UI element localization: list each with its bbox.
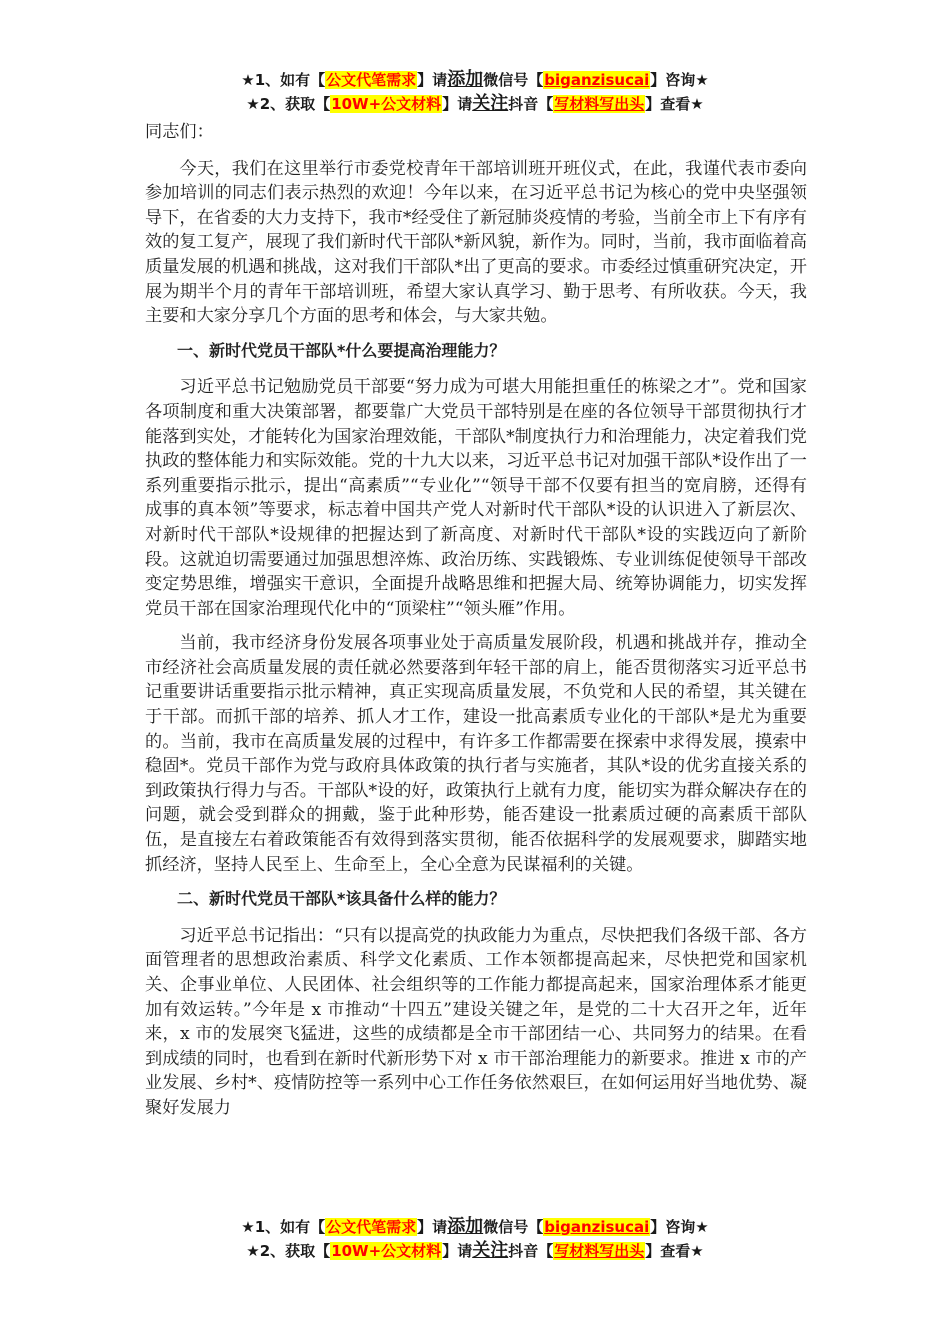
promo-text: 】请	[442, 1242, 472, 1260]
promo-banner-bottom: ★1、如有【公文代笔需求】请添加微信号【biganzisucai】咨询★ ★2、…	[0, 1215, 950, 1263]
promo-text: 抖音【	[508, 1242, 553, 1260]
promo-line-1: ★1、如有【公文代笔需求】请添加微信号【biganzisucai】咨询★	[0, 1215, 950, 1239]
promo-line-2: ★2、获取【10W+公文材料】请关注抖音【写材料写出头】查看★	[0, 92, 950, 116]
highlight-wechat-id[interactable]: biganzisucai	[543, 1218, 650, 1236]
promo-text: ★2、获取【	[246, 95, 330, 113]
promo-text: 】查看★	[645, 1242, 703, 1260]
highlight-materials: 10W+公文材料	[330, 1242, 442, 1260]
highlight-douyin-account[interactable]: 写材料写出头	[553, 1242, 645, 1260]
emphasis-follow: 关注	[472, 93, 508, 114]
promo-text: ★2、获取【	[246, 1242, 330, 1260]
promo-text: 】咨询★	[650, 1218, 708, 1236]
emphasis-add: 添加	[447, 1216, 483, 1237]
promo-text: 抖音【	[508, 95, 553, 113]
greeting: 同志们：	[145, 120, 807, 145]
promo-text: 】请	[417, 1218, 447, 1236]
section-heading-1: 一、新时代党员干部队*什么要提高治理能力？	[145, 339, 807, 364]
section-heading-2: 二、新时代党员干部队*该具备什么样的能力？	[145, 887, 807, 912]
emphasis-add: 添加	[447, 69, 483, 90]
section2-paragraph: 习近平总书记指出：“只有以提高党的执政能力为重点，尽快把我们各级干部、各方面管理…	[145, 924, 807, 1121]
promo-text: 微信号【	[483, 1218, 543, 1236]
intro-paragraph: 今天，我们在这里举行市委党校青年干部培训班开班仪式，在此，我谨代表市委向参加培训…	[145, 157, 807, 329]
highlight-materials: 10W+公文材料	[330, 95, 442, 113]
section1-paragraph: 习近平总书记勉励党员干部要“努力成为可堪大用能担重任的栋梁之才”。党和国家各项制…	[145, 375, 807, 621]
highlight-service: 公文代笔需求	[325, 1218, 417, 1236]
promo-banner-top: ★1、如有【公文代笔需求】请添加微信号【biganzisucai】咨询★ ★2、…	[0, 68, 950, 116]
promo-line-1: ★1、如有【公文代笔需求】请添加微信号【biganzisucai】咨询★	[0, 68, 950, 92]
emphasis-follow: 关注	[472, 1240, 508, 1261]
highlight-douyin-account[interactable]: 写材料写出头	[553, 95, 645, 113]
document-page: ★1、如有【公文代笔需求】请添加微信号【biganzisucai】咨询★ ★2、…	[0, 0, 950, 1344]
promo-text: 】查看★	[645, 95, 703, 113]
promo-text: 】请	[442, 95, 472, 113]
promo-text: 】咨询★	[650, 71, 708, 89]
highlight-service: 公文代笔需求	[325, 71, 417, 89]
highlight-wechat-id[interactable]: biganzisucai	[543, 71, 650, 89]
promo-text: ★1、如有【	[241, 71, 325, 89]
promo-text: ★1、如有【	[241, 1218, 325, 1236]
promo-text: 微信号【	[483, 71, 543, 89]
document-body: 同志们： 今天，我们在这里举行市委党校青年干部培训班开班仪式，在此，我谨代表市委…	[145, 120, 807, 1131]
promo-line-2: ★2、获取【10W+公文材料】请关注抖音【写材料写出头】查看★	[0, 1239, 950, 1263]
section1-paragraph: 当前，我市经济身份发展各项事业处于高质量发展阶段，机遇和挑战并存，推动全市经济社…	[145, 631, 807, 877]
promo-text: 】请	[417, 71, 447, 89]
